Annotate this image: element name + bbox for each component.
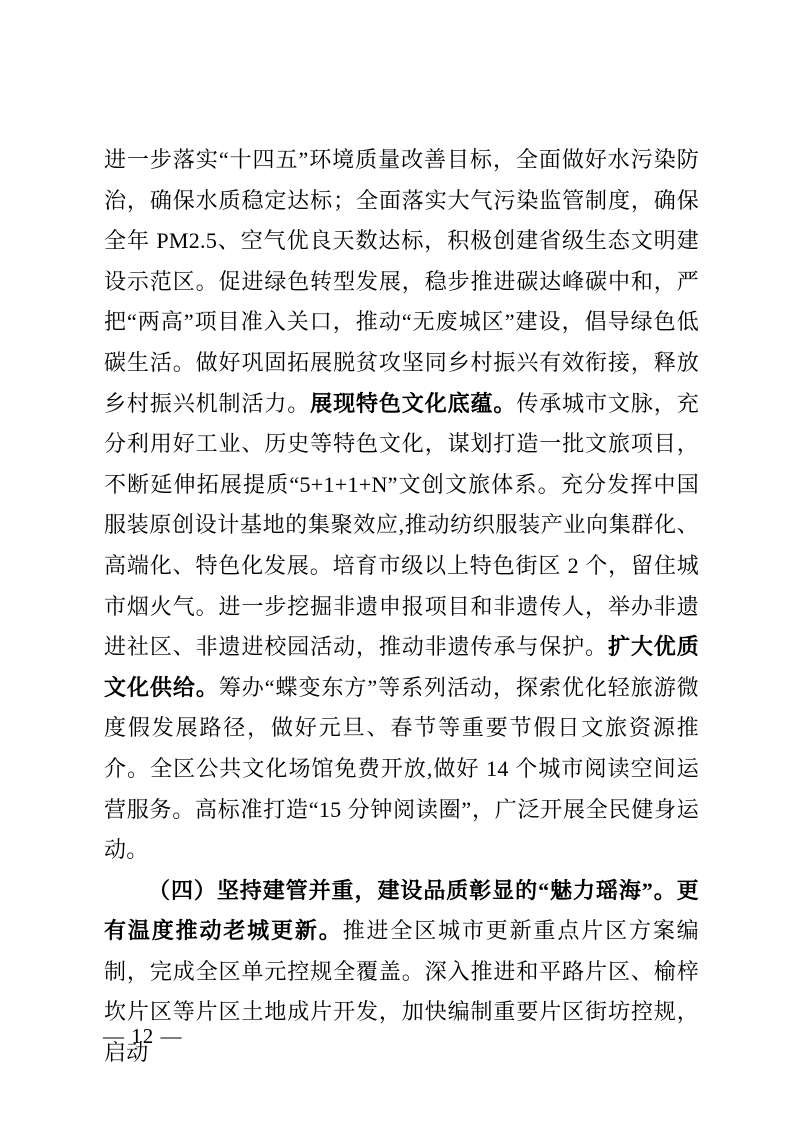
text-run: 传承城市文脉，充分利用好工业、历史等特色文化，谋划打造一批文旅项目，不断延伸拓展… bbox=[104, 391, 699, 660]
bold-text-run: 展现特色文化底蕴。 bbox=[310, 391, 516, 416]
text-run: 筹办“蝶变东方”等系列活动，探索优化轻旅游微度假发展路径，做好元旦、春节等重要节… bbox=[104, 675, 699, 862]
document-page: 进一步落实“十四五”环境质量改善目标，全面做好水污染防治，确保水质稳定达标；全面… bbox=[0, 0, 793, 1122]
paragraph: 进一步落实“十四五”环境质量改善目标，全面做好水污染防治，确保水质稳定达标；全面… bbox=[104, 140, 699, 871]
text-run: 进一步落实“十四五”环境质量改善目标，全面做好水污染防治，确保水质稳定达标；全面… bbox=[104, 147, 699, 416]
document-text: 进一步落实“十四五”环境质量改善目标，全面做好水污染防治，确保水质稳定达标；全面… bbox=[104, 140, 699, 1074]
paragraph: （四）坚持建管并重，建设品质彰显的“魅力瑶海”。更有温度推动老城更新。推进全区城… bbox=[104, 871, 699, 1074]
page-number: — 12 — bbox=[103, 1024, 183, 1049]
